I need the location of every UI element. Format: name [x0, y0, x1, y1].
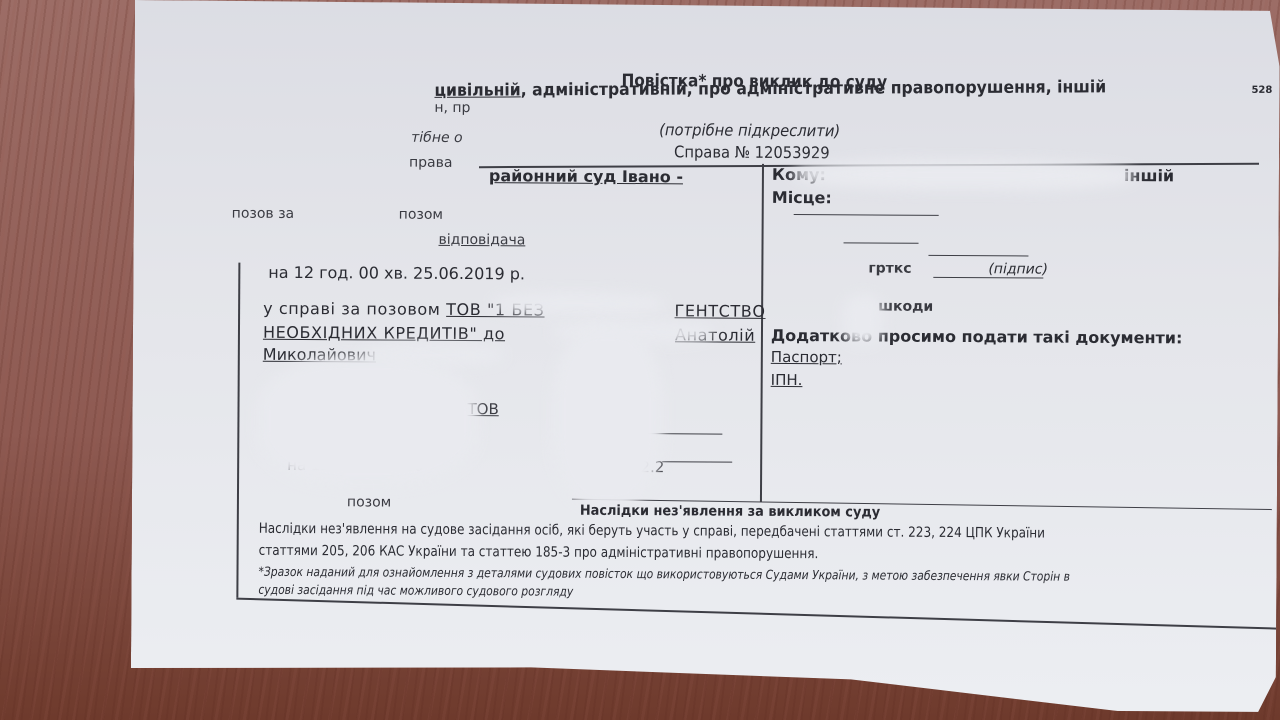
redaction: [794, 159, 1134, 191]
case-types-rest: , адміністративній, про адміністративне …: [521, 77, 1107, 100]
fragment: позом: [399, 207, 443, 223]
redaction: [493, 292, 663, 315]
fragment: позом: [347, 494, 391, 510]
field-line: [794, 214, 939, 216]
fragment: грткс: [868, 260, 911, 276]
fragment: тібне о: [411, 130, 463, 146]
redaction: [552, 328, 663, 509]
frame-divider: [760, 164, 764, 502]
case-type-selected: цивільній: [434, 80, 520, 100]
consequences-title: Наслідки нез'явлення за викликом суду: [580, 503, 880, 521]
consequences-line-1: Наслідки нез'явлення на судове засідання…: [259, 521, 1045, 542]
underline-note: (потрібне підкреслити): [659, 120, 840, 140]
appearance-time: на 12 год. 00 хв. 25.06.2019 р.: [268, 263, 525, 284]
field-line: [844, 242, 919, 243]
signature-hint: (підпис): [988, 261, 1048, 277]
fragment: н, пр: [434, 100, 470, 116]
summons-paper: 528 Повістка* про виклик до суду цивільн…: [131, 0, 1280, 712]
doc-item-passport: Паспорт;: [771, 348, 842, 366]
footnote-line-2: судові засідання під час можливого судов…: [258, 582, 573, 599]
redaction: [843, 294, 883, 344]
page-number: 528: [1251, 85, 1272, 96]
fragment: відповідача: [438, 232, 525, 249]
doc-item-ipn: ІПН.: [771, 371, 803, 389]
redaction: [257, 356, 478, 487]
case-number: Справа № 12053929: [674, 142, 830, 162]
fragment: права: [409, 155, 453, 171]
fragment: позов за: [232, 206, 295, 222]
fragment: шкоди: [878, 299, 933, 315]
case-types: цивільній, адміністративній, про адмініс…: [434, 77, 1106, 101]
field-line: [928, 255, 1028, 257]
consequences-line-2: статтями 205, 206 КАС України та статтею…: [259, 543, 819, 562]
frame-bottom: [236, 598, 1280, 630]
frame-left: [236, 263, 240, 598]
field-line: [662, 461, 732, 462]
place-label: Місце:: [772, 188, 832, 207]
footnote-line-1: *Зразок наданий для ознайомлення з детал…: [258, 564, 1070, 584]
documents-request: Додатково просимо подати такі документи:: [771, 326, 1183, 348]
court-name: районний суд Івано -: [489, 166, 683, 186]
